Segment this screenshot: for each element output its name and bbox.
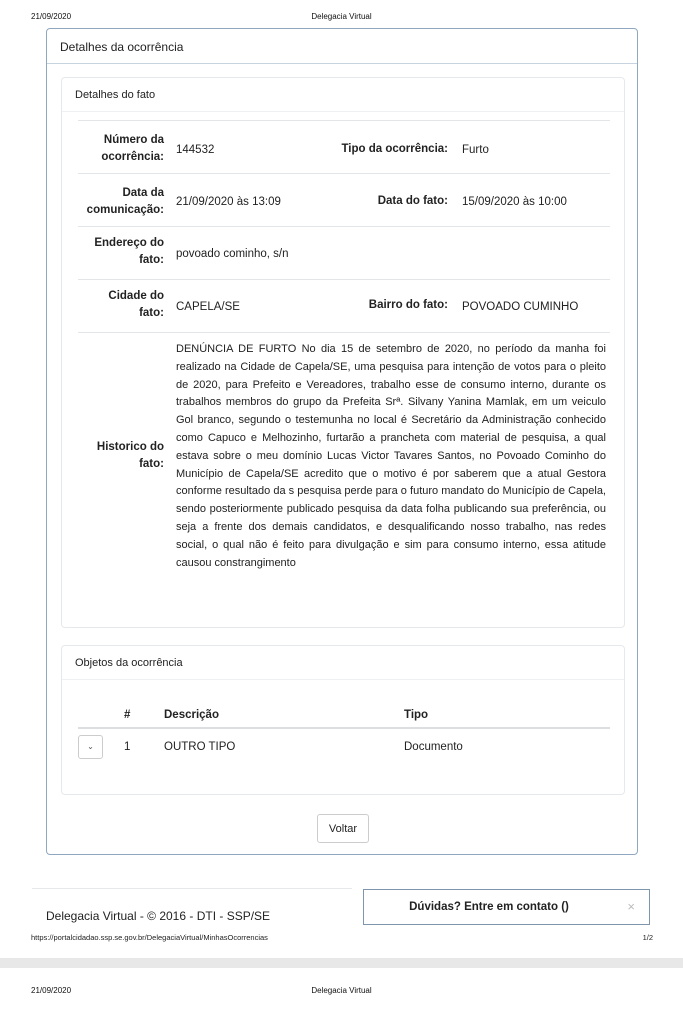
data-comunicacao-label: Data da comunicação: — [78, 185, 164, 219]
cidade-label: Cidade do fato: — [78, 288, 164, 322]
close-icon[interactable]: × — [627, 899, 635, 914]
numero-value: 144532 — [176, 142, 214, 159]
print-header-page-2: 21/09/2020 Delegacia Virtual — [0, 974, 683, 994]
expand-row-button[interactable]: ⌄ — [78, 735, 103, 759]
footer-divider — [32, 888, 352, 889]
tipo-label: Tipo da ocorrência: — [292, 141, 448, 158]
objects-panel-title: Objetos da ocorrência — [62, 646, 624, 680]
objects-panel: Objetos da ocorrência # Descrição Tipo ⌄ — [61, 645, 625, 795]
col-expand — [78, 702, 124, 728]
row-num: 1 — [124, 728, 164, 764]
print-title: Delegacia Virtual — [0, 986, 683, 995]
row-endereco: Endereço do fato: povoado cominho, s/n — [78, 226, 610, 279]
print-title: Delegacia Virtual — [0, 12, 683, 21]
print-header: 21/09/2020 Delegacia Virtual — [0, 0, 683, 20]
endereco-label: Endereço do fato: — [78, 235, 164, 269]
panel-title: Detalhes da ocorrência — [47, 29, 637, 64]
chevron-down-icon: ⌄ — [87, 742, 94, 751]
bairro-value: POVOADO CUMINHO — [462, 299, 578, 316]
row-cidade-bairro: Cidade do fato: CAPELA/SE Bairro do fato… — [78, 279, 610, 332]
col-tipo: Tipo — [404, 702, 610, 728]
page-separator — [0, 958, 683, 968]
row-datas: Data da comunicação: 21/09/2020 às 13:09… — [78, 173, 610, 226]
data-comunicacao-value: 21/09/2020 às 13:09 — [176, 194, 281, 211]
cidade-value: CAPELA/SE — [176, 299, 240, 316]
row-tipo: Documento — [404, 728, 610, 764]
data-fato-label: Data do fato: — [292, 193, 448, 210]
tipo-value: Furto — [462, 142, 489, 159]
contact-label[interactable]: Dúvidas? Entre em contato () — [364, 901, 614, 913]
row-numero-tipo: Número da ocorrência: 144532 Tipo da oco… — [78, 120, 610, 173]
table-row: ⌄ 1 OUTRO TIPO Documento — [78, 728, 610, 764]
endereco-value: povoado cominho, s/n — [176, 246, 289, 263]
table-header-row: # Descrição Tipo — [78, 702, 610, 728]
historico-value: DENÚNCIA DE FURTO No dia 15 de setembro … — [176, 341, 606, 572]
row-descricao: OUTRO TIPO — [164, 728, 404, 764]
col-num: # — [124, 702, 164, 728]
row-historico: Historico do fato: DENÚNCIA DE FURTO No … — [78, 332, 610, 602]
occurrence-details-panel: Detalhes da ocorrência Detalhes do fato … — [46, 28, 638, 855]
historico-label: Historico do fato: — [78, 439, 164, 473]
objects-table: # Descrição Tipo ⌄ 1 OUTRO TIPO Document… — [78, 702, 610, 764]
fact-panel-title: Detalhes do fato — [62, 78, 624, 112]
contact-widget[interactable]: Dúvidas? Entre em contato () × — [363, 889, 650, 925]
fact-details-panel: Detalhes do fato Número da ocorrência: 1… — [61, 77, 625, 628]
numero-label: Número da ocorrência: — [78, 132, 164, 166]
bairro-label: Bairro do fato: — [292, 297, 448, 314]
col-descricao: Descrição — [164, 702, 404, 728]
voltar-button[interactable]: Voltar — [317, 814, 369, 843]
footer-copyright: Delegacia Virtual - © 2016 - DTI - SSP/S… — [46, 909, 270, 923]
print-page-number: 1/2 — [643, 933, 653, 942]
print-url: https://portalcidadao.ssp.se.gov.br/Dele… — [31, 933, 268, 942]
data-fato-value: 15/09/2020 às 10:00 — [462, 194, 567, 211]
